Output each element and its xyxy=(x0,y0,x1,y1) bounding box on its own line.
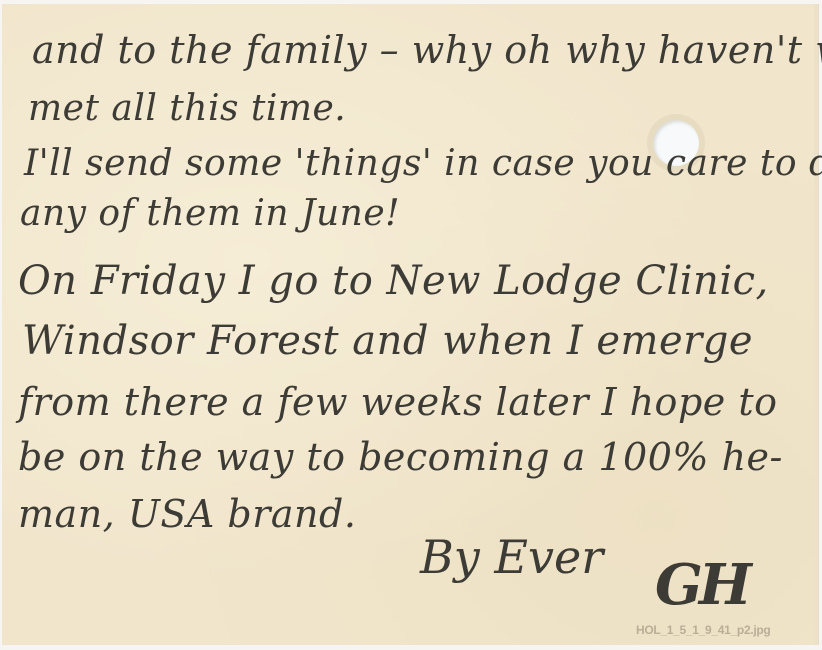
filename-label: HOL_1_5_1_9_41_p2.jpg xyxy=(636,623,770,637)
text-line-3: I'll send some 'things' in case you care… xyxy=(24,143,822,184)
closing: By Ever xyxy=(420,530,603,584)
text-line-9: man, USA brand. xyxy=(18,492,356,536)
text-line-5: On Friday I go to New Lodge Clinic, xyxy=(18,258,769,304)
scan-margin xyxy=(0,645,822,650)
scanned-document: and to the family – why oh why haven't w… xyxy=(0,0,822,650)
handwritten-text: and to the family – why oh why haven't w… xyxy=(0,0,822,650)
text-line-8: be on the way to becoming a 100% he- xyxy=(18,435,783,479)
signature: GH xyxy=(655,552,748,618)
text-line-4: any of them in June! xyxy=(20,193,400,234)
text-line-6: Windsor Forest and when I emerge xyxy=(22,318,753,364)
text-line-2: met all this time. xyxy=(28,88,346,129)
text-line-1: and to the family – why oh why haven't w… xyxy=(32,28,822,72)
text-line-7: from there a few weeks later I hope to xyxy=(18,380,777,424)
